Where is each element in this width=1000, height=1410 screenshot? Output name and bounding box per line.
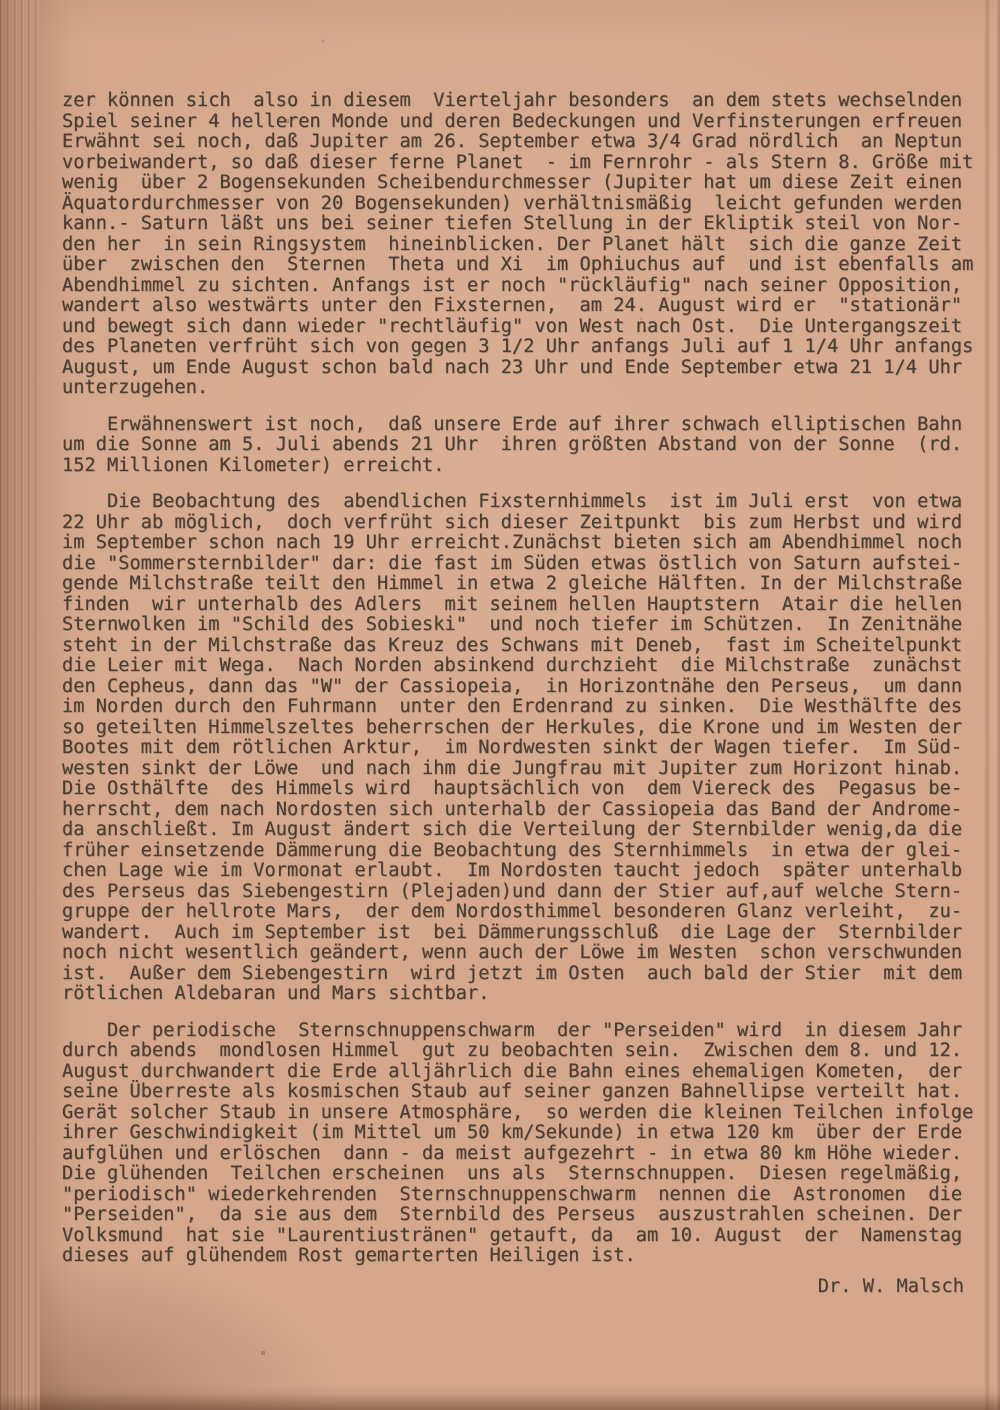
paragraph-star-sky: Die Beobachtung des abendlichen Fixstern… <box>62 492 974 1005</box>
paragraph-earth-aphelion: Erwähnenswert ist noch, daß unsere Erde … <box>62 415 974 477</box>
page-bottom-edge <box>0 1394 1000 1410</box>
paragraph-planets: zer können sich also in diesem Viertelja… <box>62 91 974 399</box>
page-right-outer-edge <box>995 0 1000 1410</box>
paragraph-perseids: Der periodische Sternschnuppenschwarm de… <box>62 1021 974 1267</box>
author-signature: Dr. W. Malsch <box>818 1276 964 1298</box>
binding-edge <box>0 0 40 1410</box>
scanned-page: zer können sich also in diesem Viertelja… <box>0 0 1000 1410</box>
paper-specks <box>0 0 2 2</box>
page-right-edge <box>984 0 990 1410</box>
document-text: zer können sich also in diesem Viertelja… <box>62 91 974 1283</box>
